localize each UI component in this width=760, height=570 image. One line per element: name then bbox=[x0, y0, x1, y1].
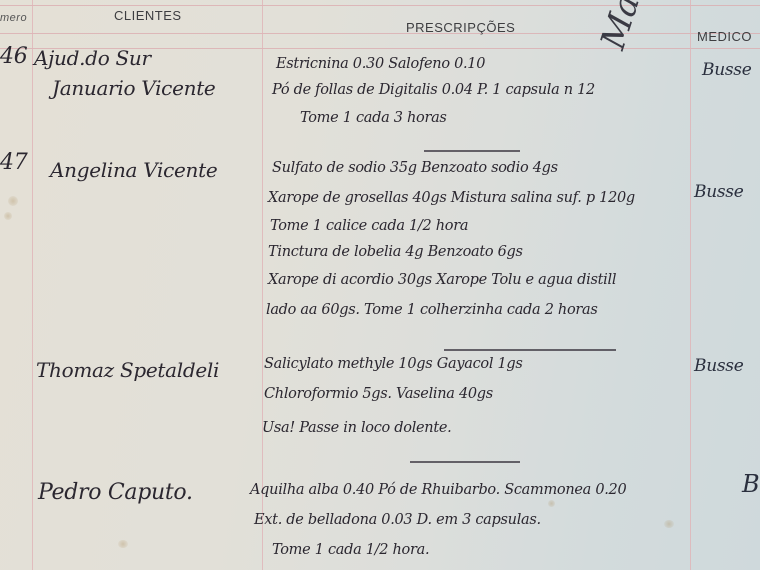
prescription-line: Usa! Passe in loco dolente. bbox=[262, 420, 451, 436]
doctor-name: Busse bbox=[694, 182, 743, 202]
prescription-line: lado aa 60gs. Tome 1 colherzinha cada 2 … bbox=[266, 302, 598, 318]
prescription-line: Pó de follas de Digitalis 0.04 P. 1 caps… bbox=[272, 82, 595, 98]
prescription-line: Ext. de belladona 0.03 D. em 3 capsulas. bbox=[254, 512, 541, 528]
entry-separator bbox=[424, 150, 520, 152]
paper-stain bbox=[118, 540, 128, 548]
doctor-name: B bbox=[742, 470, 759, 498]
doctor-name: Busse bbox=[694, 356, 743, 376]
prescription-line: Salicylato methyle 10gs Gayacol 1gs bbox=[264, 356, 523, 372]
paper-stain bbox=[664, 520, 674, 528]
prescription-line: Tome 1 cada 1/2 hora. bbox=[272, 542, 429, 558]
prescription-line: Xarope di acordio 30gs Xarope Tolu e agu… bbox=[268, 272, 616, 288]
client-name: Thomaz Spetaldeli bbox=[36, 358, 219, 382]
client-name: Pedro Caputo. bbox=[38, 480, 193, 505]
prescription-line: Xarope de grosellas 40gs Mistura salina … bbox=[268, 190, 635, 206]
prescription-line: Estricnina 0.30 Salofeno 0.10 bbox=[276, 56, 485, 72]
paper-stain bbox=[4, 212, 12, 220]
prescription-line: Tome 1 calice cada 1/2 hora bbox=[270, 218, 468, 234]
doctor-name: Busse bbox=[702, 60, 751, 80]
column-header-doctor: MEDICO bbox=[697, 29, 752, 44]
column-divider bbox=[32, 0, 33, 570]
column-header-clients: CLIENTES bbox=[114, 8, 182, 23]
paper-stain bbox=[8, 196, 18, 206]
entry-number: 47 bbox=[0, 150, 27, 175]
prescription-line: Tome 1 cada 3 horas bbox=[300, 110, 447, 126]
entry-separator bbox=[444, 349, 616, 351]
header-ruling-line bbox=[0, 33, 760, 34]
paper-stain bbox=[548, 500, 555, 507]
margin-signature: Mar bbox=[593, 0, 653, 54]
column-divider bbox=[690, 0, 691, 570]
client-name: Angelina Vicente bbox=[50, 158, 217, 182]
prescription-line: Sulfato de sodio 35g Benzoato sodio 4gs bbox=[272, 160, 558, 176]
ledger-page: mero CLIENTES PRESCRIPÇÕES MEDICO Mar 46… bbox=[0, 0, 760, 570]
prescription-line: Aquilha alba 0.40 Pó de Rhuibarbo. Scamm… bbox=[250, 482, 626, 498]
prescription-line: Tinctura de lobelia 4g Benzoato 6gs bbox=[268, 244, 523, 260]
column-header-prescriptions: PRESCRIPÇÕES bbox=[406, 20, 515, 35]
column-header-number: mero bbox=[0, 12, 27, 24]
prescription-line: Chloroformio 5gs. Vaselina 40gs bbox=[264, 386, 493, 402]
client-name: Ajud.do Sur bbox=[34, 46, 151, 70]
entry-separator bbox=[410, 461, 520, 463]
client-name: Januario Vicente bbox=[52, 76, 215, 100]
entry-number: 46 bbox=[0, 44, 27, 69]
